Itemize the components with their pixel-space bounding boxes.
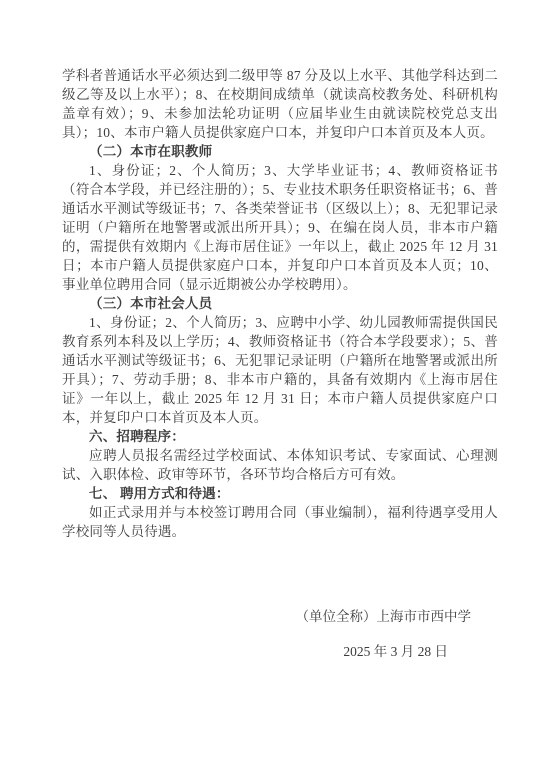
signature-line: （单位全称）上海市市西中学 <box>62 607 498 626</box>
section-heading-recruitment-procedure: 六、招聘程序： <box>62 427 498 446</box>
paragraph-inservice-teacher-materials: 1、身份证；2、个人简历；3、大学毕业证书；4、教师资格证书（符合本学段，并已经… <box>62 161 498 294</box>
paragraph-recruitment-procedure: 应聘人员报名需经过学校面试、本体知识考试、专家面试、心理测试、入职体检、政审等环… <box>62 446 498 484</box>
section-heading-employment-terms: 七、 聘用方式和待遇： <box>62 484 498 503</box>
document-content: 学科者普通话水平必须达到二级甲等 87 分及以上水平、其他学科达到二级乙等及以上… <box>62 66 498 661</box>
paragraph-social-personnel-materials: 1、身份证；2、个人简历；3、应聘中小学、幼儿园教师需提供国民教育系列本科及以上… <box>62 313 498 427</box>
date-line: 2025 年 3 月 28 日 <box>62 642 498 661</box>
paragraph-continuation: 学科者普通话水平必须达到二级甲等 87 分及以上水平、其他学科达到二级乙等及以上… <box>62 66 498 142</box>
section-heading-local-social-personnel: （三）本市社会人员 <box>62 294 498 313</box>
section-heading-local-inservice-teachers: （二）本市在职教师 <box>62 142 498 161</box>
document-page: 学科者普通话水平必须达到二级甲等 87 分及以上水平、其他学科达到二级乙等及以上… <box>0 0 554 784</box>
paragraph-employment-terms: 如正式录用并与本校签订聘用合同（事业编制），福利待遇享受用人学校同等人员待遇。 <box>62 503 498 541</box>
